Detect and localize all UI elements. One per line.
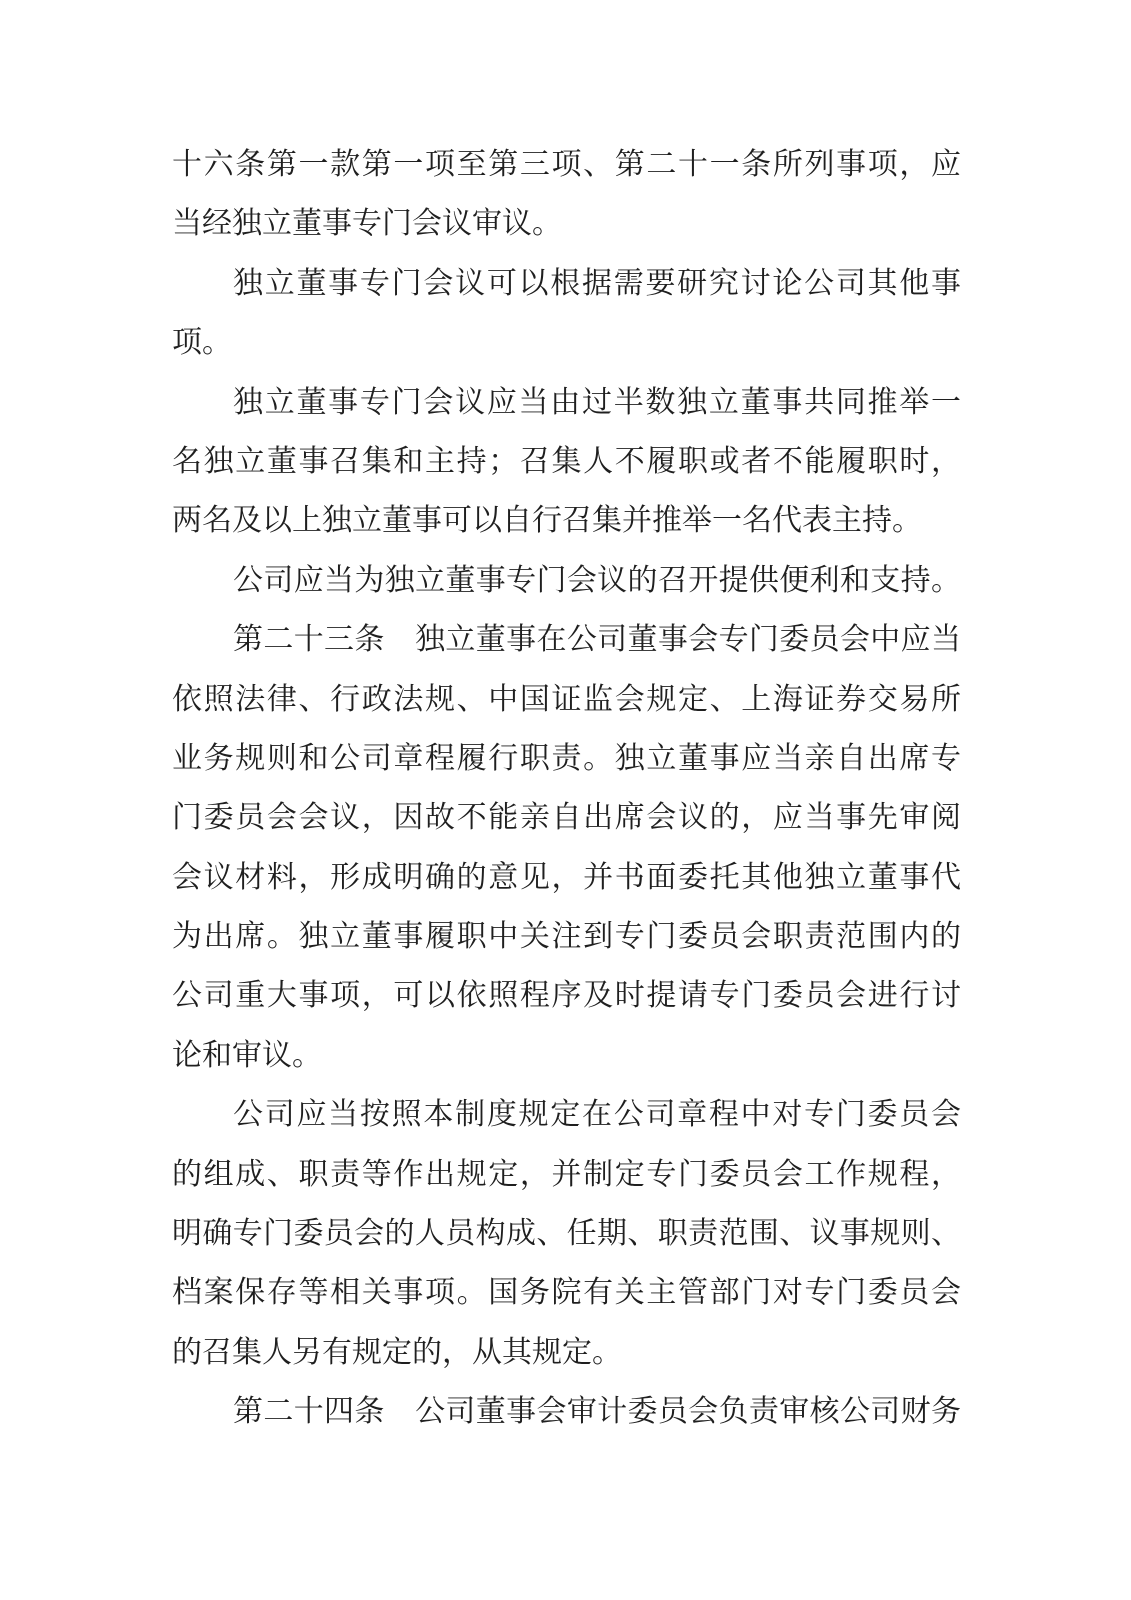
text-line: 公司重大事项，可以依照程序及时提请专门委员会进行讨	[172, 966, 961, 1025]
document-lines: 十六条第一款第一项至第三项、第二十一条所列事项，应当经独立董事专门会议审议。独立…	[172, 135, 961, 1442]
text-line: 十六条第一款第一项至第三项、第二十一条所列事项，应	[172, 135, 961, 194]
text-line: 公司应当按照本制度规定在公司章程中对专门委员会	[172, 1085, 961, 1144]
text-line: 公司应当为独立董事专门会议的召开提供便利和支持。	[172, 551, 961, 610]
text-line: 明确专门委员会的人员构成、任期、职责范围、议事规则、	[172, 1204, 961, 1263]
text-line: 第二十四条 公司董事会审计委员会负责审核公司财务	[172, 1382, 961, 1441]
text-line: 门委员会会议，因故不能亲自出席会议的，应当事先审阅	[172, 788, 961, 847]
text-line: 独立董事专门会议可以根据需要研究讨论公司其他事	[172, 254, 961, 313]
text-line: 的组成、职责等作出规定，并制定专门委员会工作规程，	[172, 1145, 961, 1204]
text-line: 业务规则和公司章程履行职责。独立董事应当亲自出席专	[172, 729, 961, 788]
text-line: 论和审议。	[172, 1026, 961, 1085]
document-page: 十六条第一款第一项至第三项、第二十一条所列事项，应当经独立董事专门会议审议。独立…	[0, 0, 1131, 1600]
text-line: 为出席。独立董事履职中关注到专门委员会职责范围内的	[172, 907, 961, 966]
text-line: 当经独立董事专门会议审议。	[172, 194, 961, 253]
text-line: 名独立董事召集和主持；召集人不履职或者不能履职时，	[172, 432, 961, 491]
text-line: 的召集人另有规定的，从其规定。	[172, 1323, 961, 1382]
text-line: 两名及以上独立董事可以自行召集并推举一名代表主持。	[172, 491, 961, 550]
text-line: 档案保存等相关事项。国务院有关主管部门对专门委员会	[172, 1263, 961, 1322]
text-line: 独立董事专门会议应当由过半数独立董事共同推举一	[172, 373, 961, 432]
text-line: 依照法律、行政法规、中国证监会规定、上海证券交易所	[172, 670, 961, 729]
text-line: 会议材料，形成明确的意见，并书面委托其他独立董事代	[172, 848, 961, 907]
text-line: 第二十三条 独立董事在公司董事会专门委员会中应当	[172, 610, 961, 669]
text-line: 项。	[172, 313, 961, 372]
